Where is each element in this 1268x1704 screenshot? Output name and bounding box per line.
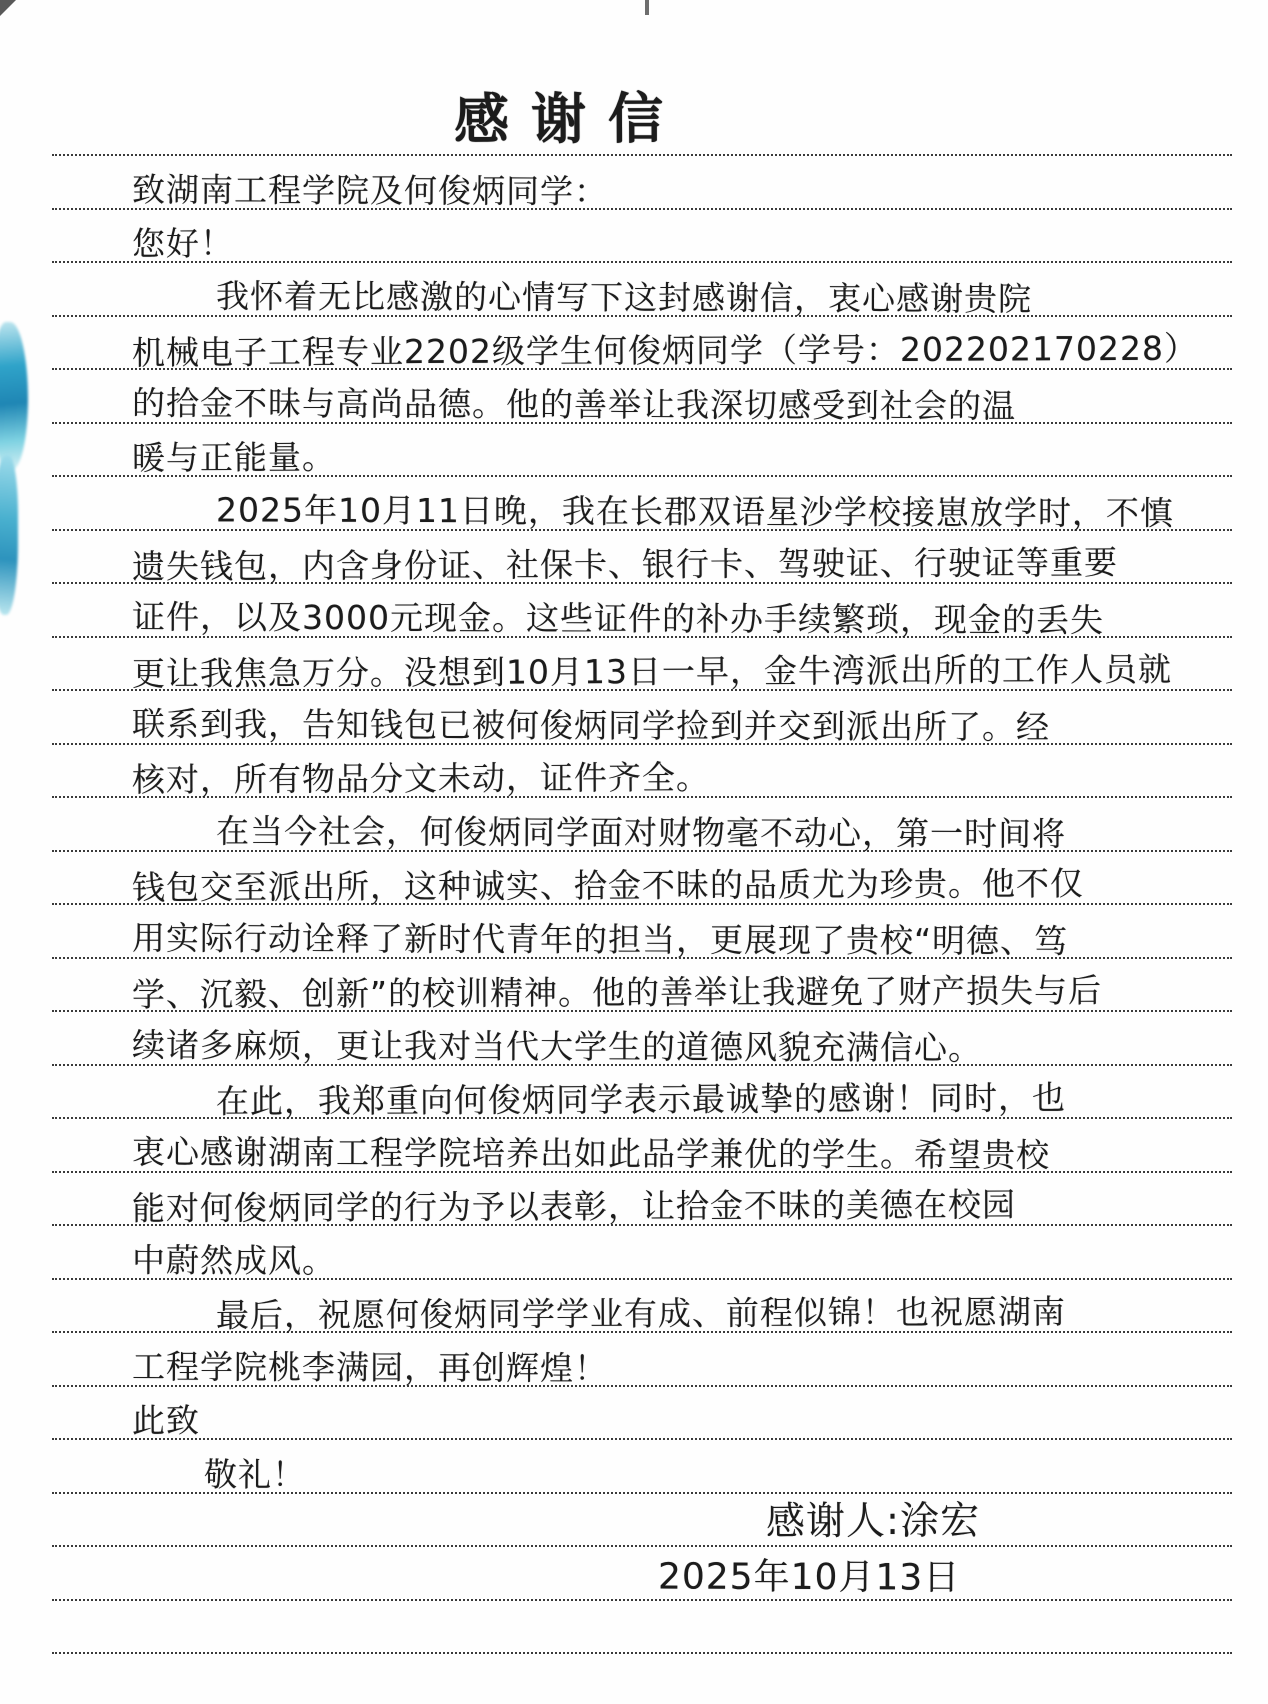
letter-title: 感谢信 — [52, 78, 1232, 156]
letter-line: 钱包交至派出所，这种诚实、拾金不昧的品质尤为珍贵。他不仅 — [52, 852, 1232, 906]
handwritten-text: 工程学院桃李满园，再创辉煌！ — [132, 1345, 608, 1391]
handwritten-text: 遗失钱包，内含身份证、社保卡、银行卡、驾驶证、行驶证等重要 — [132, 541, 1118, 590]
letter-line: 在当今社会，何俊炳同学面对财物毫不动心，第一时间将 — [52, 798, 1232, 852]
handwritten-text: 用实际行动诠释了新时代青年的担当，更展现了贵校“明德、笃 — [132, 916, 1068, 964]
handwritten-text: 致湖南工程学院及何俊炳同学： — [132, 168, 608, 214]
letter-line: 暖与正能量。 — [52, 424, 1232, 478]
handwritten-text: 的拾金不昧与高尚品德。他的善举让我深切感受到社会的温 — [132, 381, 1016, 429]
letter-line: 联系到我，告知钱包已被何俊炳同学捡到并交到派出所了。经 — [52, 691, 1232, 745]
scan-edge-mark — [645, 0, 649, 15]
handwritten-text: 暖与正能量。 — [132, 436, 336, 481]
handwritten-text: 中蔚然成风。 — [132, 1239, 336, 1284]
letter-line: 我怀着无比感激的心情写下这封感谢信，衷心感谢贵院 — [52, 263, 1232, 317]
letter-line: 核对，所有物品分文未动，证件齐全。 — [52, 745, 1232, 799]
handwritten-text: 感谢信 — [454, 81, 685, 156]
handwritten-text: 感谢人:涂宏 — [766, 1496, 980, 1550]
letter-line: 此致 — [52, 1387, 1232, 1441]
handwritten-text: 我怀着无比感激的心情写下这封感谢信，衷心感谢贵院 — [216, 275, 1032, 322]
letter-line: 能对何俊炳同学的行为予以表彰，让拾金不昧的美德在校园 — [52, 1173, 1232, 1227]
letter-line: 用实际行动诠释了新时代青年的担当，更展现了贵校“明德、笃 — [52, 905, 1232, 959]
letter-line: 在此，我郑重向何俊炳同学表示最诚挚的感谢！同时，也 — [52, 1066, 1232, 1120]
letter-line: 衷心感谢湖南工程学院培养出如此品学兼优的学生。希望贵校 — [52, 1119, 1232, 1173]
handwritten-text: 钱包交至派出所，这种诚实、拾金不昧的品质尤为珍贵。他不仅 — [132, 862, 1084, 911]
letter-line: 最后，祝愿何俊炳同学学业有成、前程似锦！也祝愿湖南 — [52, 1280, 1232, 1334]
letter-line: 机械电子工程专业2202级学生何俊炳同学（学号：202202170228） — [52, 317, 1232, 371]
letter-line: 2025年10月11日晚，我在长郡双语星沙学校接崽放学时，不慎 — [52, 477, 1232, 531]
letter-line: 您好！ — [52, 210, 1232, 264]
handwritten-text: 此致 — [132, 1399, 200, 1444]
handwritten-text: 敬礼！ — [204, 1453, 306, 1498]
letter-line: 续诸多麻烦，更让我对当代大学生的道德风貌充满信心。 — [52, 1012, 1232, 1066]
scanned-letter-page: 感谢信 致湖南工程学院及何俊炳同学： 您好！ 我怀着无比感激的心情写下这封感谢信… — [0, 0, 1268, 1704]
handwritten-text: 2025年10月11日晚，我在长郡双语星沙学校接崽放学时，不慎 — [216, 488, 1174, 536]
letter-line: 的拾金不昧与高尚品德。他的善举让我深切感受到社会的温 — [52, 370, 1232, 424]
handwritten-text: 您好！ — [132, 222, 234, 267]
scan-corner-mark — [0, 0, 16, 16]
handwritten-text: 衷心感谢湖南工程学院培养出如此品学兼优的学生。希望贵校 — [132, 1130, 1050, 1178]
handwritten-text: 能对何俊炳同学的行为予以表彰，让拾金不昧的美德在校园 — [132, 1184, 1016, 1232]
handwritten-text: 证件，以及3000元现金。这些证件的补办手续繁琐，现金的丢失 — [132, 595, 1104, 643]
handwritten-text: 在当今社会，何俊炳同学面对财物毫不动心，第一时间将 — [216, 809, 1066, 857]
handwritten-text: 学、沉毅、创新”的校训精神。他的善举让我避免了财产损失与后 — [132, 969, 1102, 1018]
letter-line: 中蔚然成风。 — [52, 1226, 1232, 1280]
handwritten-text: 核对，所有物品分文未动，证件齐全。 — [132, 756, 710, 803]
letter-line: 更让我焦急万分。没想到10月13日一早，金牛湾派出所的工作人员就 — [52, 638, 1232, 692]
handwritten-text: 最后，祝愿何俊炳同学学业有成、前程似锦！也祝愿湖南 — [216, 1291, 1066, 1339]
letter-line: 敬礼！ — [52, 1440, 1232, 1494]
signature-line: 感谢人:涂宏 — [52, 1494, 1232, 1548]
letter-line: 学、沉毅、创新”的校训精神。他的善举让我避免了财产损失与后 — [52, 959, 1232, 1013]
handwritten-text: 机械电子工程专业2202级学生何俊炳同学（学号：202202170228） — [132, 327, 1198, 376]
letter-line — [52, 1601, 1232, 1655]
handwritten-text: 续诸多麻烦，更让我对当代大学生的道德风貌充满信心。 — [132, 1023, 982, 1071]
handwritten-text: 联系到我，告知钱包已被何俊炳同学捡到并交到派出所了。经 — [132, 702, 1050, 750]
date-line: 2025年10月13日 — [52, 1547, 1232, 1601]
letter-line: 遗失钱包，内含身份证、社保卡、银行卡、驾驶证、行驶证等重要 — [52, 531, 1232, 585]
letter-line: 工程学院桃李满园，再创辉煌！ — [52, 1333, 1232, 1387]
blue-ink-scan-artifact — [0, 455, 18, 615]
letter-body: 感谢信 致湖南工程学院及何俊炳同学： 您好！ 我怀着无比感激的心情写下这封感谢信… — [52, 78, 1232, 1654]
blue-ink-scan-artifact — [0, 322, 28, 470]
handwritten-text: 更让我焦急万分。没想到10月13日一早，金牛湾派出所的工作人员就 — [132, 648, 1172, 697]
handwritten-text: 在此，我郑重向何俊炳同学表示最诚挚的感谢！同时，也 — [216, 1077, 1066, 1125]
letter-line: 证件，以及3000元现金。这些证件的补办手续繁琐，现金的丢失 — [52, 584, 1232, 638]
letter-line: 致湖南工程学院及何俊炳同学： — [52, 156, 1232, 210]
handwritten-text: 2025年10月13日 — [658, 1553, 960, 1603]
